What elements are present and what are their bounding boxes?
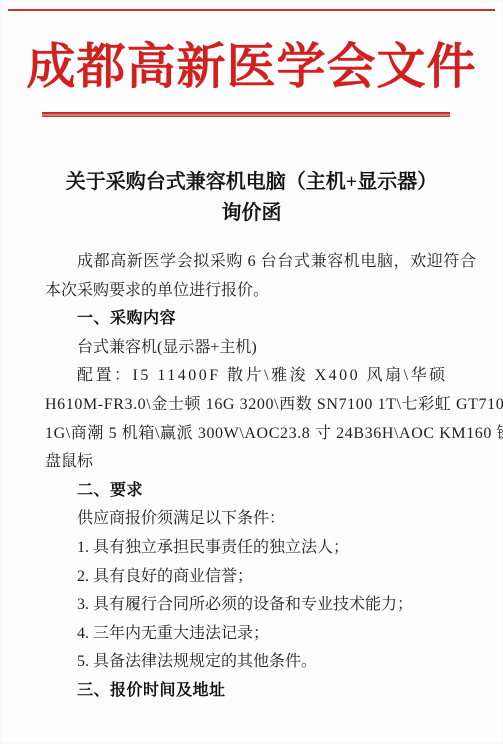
document-title: 关于采购台式兼容机电脑（主机+显示器） 询价函 [0, 167, 503, 229]
top-red-line [8, 9, 495, 11]
requirement-item-3: 3. 具有履行合同所必须的设备和专业技术能力； [45, 591, 459, 620]
config-line4: 盘鼠标 [45, 448, 459, 477]
requirement-item-2: 2. 具有良好的商业信誉； [45, 563, 459, 592]
config-line3: 1G\商潮 5 机箱\赢派 300W\AOC23.8 寸 24B36H\AOC … [45, 420, 459, 449]
section-heading-requirements: 二、要求 [45, 477, 459, 506]
red-header-banner-title: 成都高新医学会文件 [0, 34, 503, 100]
document-title-line1: 关于采购台式兼容机电脑（主机+显示器） [66, 171, 437, 193]
document-page: 成都高新医学会文件 关于采购台式兼容机电脑（主机+显示器） 询价函 成都高新医学… [0, 0, 503, 744]
intro-paragraph-line1: 成都高新医学会拟采购 6 台台式兼容机电脑，欢迎符合 [45, 248, 459, 277]
purchase-item-line: 台式兼容机(显示器+主机) [45, 334, 459, 363]
intro-paragraph-line2: 本次采购要求的单位进行报价。 [45, 277, 459, 306]
section-heading-purchase-content: 一、采购内容 [45, 305, 459, 334]
section-heading-quote-time-address: 三、报价时间及地址 [45, 677, 459, 706]
requirement-item-5: 5. 具备法律法规规定的其他条件。 [45, 648, 459, 677]
config-line1: 配置：I5 11400F 散片\雅浚 X400 风扇\华硕 [45, 362, 459, 391]
requirement-item-4: 4. 三年内无重大违法记录； [45, 620, 459, 649]
red-divider-rule [42, 112, 450, 117]
requirement-item-1: 1. 具有独立承担民事责任的独立法人； [45, 534, 459, 563]
document-title-line2: 询价函 [222, 202, 282, 224]
document-body: 成都高新医学会拟采购 6 台台式兼容机电脑，欢迎符合 本次采购要求的单位进行报价… [45, 248, 459, 706]
config-line2: H610M-FR3.0\金士顿 16G 3200\西数 SN7100 1T\七彩… [45, 391, 459, 420]
requirements-intro-line: 供应商报价须满足以下条件： [45, 505, 459, 534]
